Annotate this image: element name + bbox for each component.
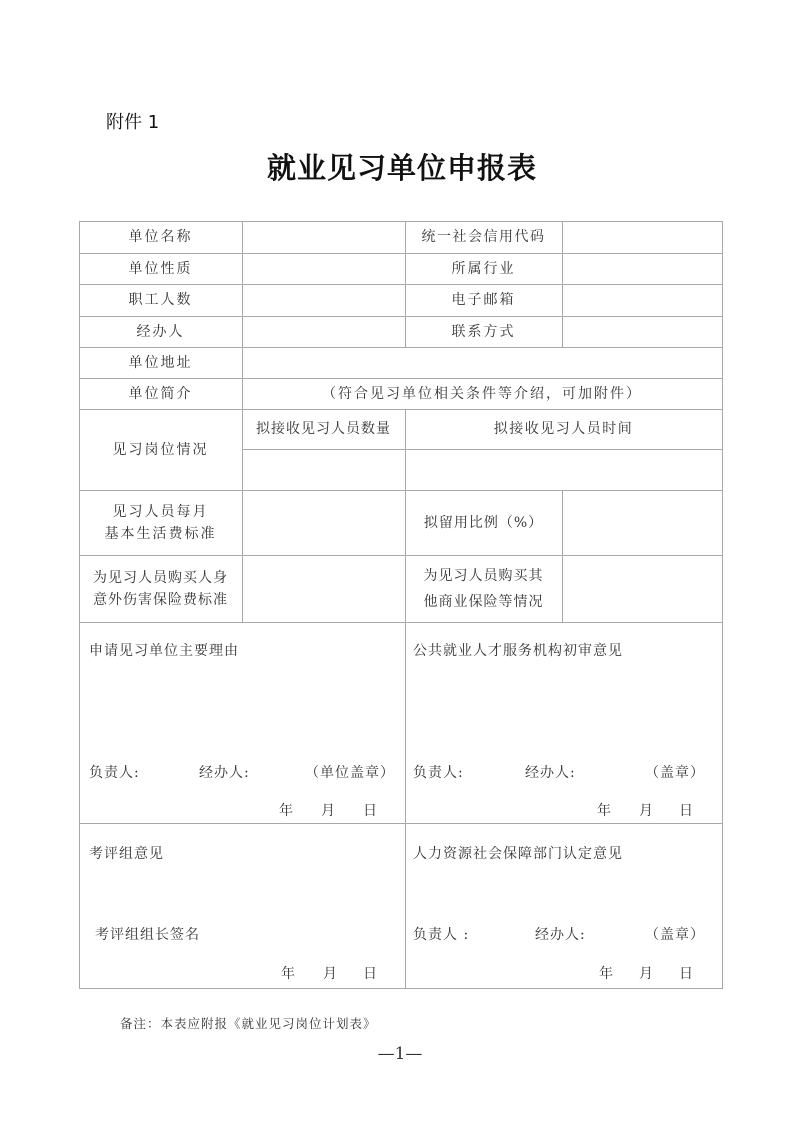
table-border-right: [722, 221, 723, 989]
unit-nature-field[interactable]: [242, 253, 405, 284]
industry-field[interactable]: [562, 253, 722, 284]
living-allowance-label: 见习人员每月 基本生活费标准: [79, 490, 242, 555]
living-allowance-field[interactable]: [242, 490, 405, 555]
planned-count-field[interactable]: [242, 449, 405, 490]
apply-reason-seal: （单位盖章）: [305, 762, 395, 782]
other-insurance-field[interactable]: [562, 555, 722, 622]
planned-count-label: 拟接收见习人员数量: [242, 409, 405, 449]
apply-reason-month: 月: [321, 800, 336, 820]
review-group-leader-sign: 考评组组长签名: [95, 924, 200, 944]
public-service-day: 日: [679, 800, 694, 820]
page-number: —1—: [0, 1044, 800, 1064]
intro-field[interactable]: （符合见习单位相关条件等介绍，可加附件）: [242, 378, 722, 409]
review-group-section[interactable]: 考评组意见 考评组组长签名 年 月 日: [79, 823, 405, 988]
hr-department-month: 月: [639, 963, 654, 983]
retention-ratio-field[interactable]: [562, 490, 722, 555]
review-group-label: 考评组意见: [89, 843, 164, 863]
hr-department-day: 日: [679, 963, 694, 983]
handler-field[interactable]: [242, 316, 405, 347]
public-service-label: 公共就业人才服务机构初审意见: [413, 640, 623, 660]
hr-department-section[interactable]: 人力资源社会保障部门认定意见 负责人 : 经办人: （盖章） 年 月 日: [405, 823, 722, 988]
accident-insurance-label-line2: 意外伤害保险费标准: [93, 589, 228, 611]
contact-field[interactable]: [562, 316, 722, 347]
hr-department-handler: 经办人:: [535, 924, 586, 944]
public-service-seal: （盖章）: [645, 762, 705, 782]
attachment-label: 附件 1: [106, 108, 159, 134]
planned-time-field[interactable]: [405, 449, 722, 490]
intro-label: 单位简介: [79, 378, 242, 409]
other-insurance-label: 为见习人员购买其 他商业保险等情况: [405, 555, 562, 622]
public-service-handler: 经办人:: [525, 762, 576, 782]
living-allowance-label-line1: 见习人员每月: [113, 501, 209, 523]
table-border-bottom: [79, 988, 723, 989]
apply-reason-year: 年: [279, 800, 294, 820]
apply-reason-day: 日: [363, 800, 378, 820]
public-service-section[interactable]: 公共就业人才服务机构初审意见 负责人: 经办人: （盖章） 年 月 日: [405, 622, 722, 823]
credit-code-label: 统一社会信用代码: [405, 221, 562, 253]
handler-label: 经办人: [79, 316, 242, 347]
email-field[interactable]: [562, 284, 722, 316]
public-service-responsible: 负责人:: [413, 762, 464, 782]
unit-name-label: 单位名称: [79, 221, 242, 253]
other-insurance-label-line2: 他商业保险等情况: [424, 589, 544, 615]
unit-nature-label: 单位性质: [79, 253, 242, 284]
hr-department-label: 人力资源社会保障部门认定意见: [413, 843, 623, 863]
accident-insurance-label-line1: 为见习人员购买人身: [93, 567, 228, 589]
review-group-year: 年: [281, 963, 296, 983]
apply-reason-handler: 经办人:: [199, 762, 250, 782]
hr-department-responsible: 负责人 :: [413, 924, 469, 944]
accident-insurance-field[interactable]: [242, 555, 405, 622]
living-allowance-label-line2: 基本生活费标准: [105, 523, 217, 545]
page-title: 就业见习单位申报表: [0, 146, 800, 187]
review-group-month: 月: [323, 963, 338, 983]
address-field[interactable]: [242, 347, 722, 378]
review-group-day: 日: [363, 963, 378, 983]
public-service-month: 月: [639, 800, 654, 820]
apply-reason-label: 申请见习单位主要理由: [89, 640, 239, 660]
footer-note: 备注：本表应附报《就业见习岗位计划表》: [120, 1014, 377, 1032]
industry-label: 所属行业: [405, 253, 562, 284]
title-text: 就业见习单位申报表: [267, 151, 537, 185]
hr-department-year: 年: [599, 963, 614, 983]
employee-count-label: 职工人数: [79, 284, 242, 316]
address-label: 单位地址: [79, 347, 242, 378]
hr-department-seal: （盖章）: [645, 924, 705, 944]
retention-ratio-label: 拟留用比例（%）: [405, 490, 562, 555]
accident-insurance-label: 为见习人员购买人身 意外伤害保险费标准: [79, 555, 242, 622]
credit-code-field[interactable]: [562, 221, 722, 253]
apply-reason-section[interactable]: 申请见习单位主要理由 负责人: 经办人: （单位盖章） 年 月 日: [79, 622, 405, 823]
unit-name-field[interactable]: [242, 221, 405, 253]
planned-time-label: 拟接收见习人员时间: [405, 409, 722, 449]
other-insurance-label-line1: 为见习人员购买其: [424, 563, 544, 589]
positions-label: 见习岗位情况: [79, 409, 242, 490]
contact-label: 联系方式: [405, 316, 562, 347]
public-service-year: 年: [597, 800, 612, 820]
apply-reason-responsible: 负责人:: [89, 762, 140, 782]
employee-count-field[interactable]: [242, 284, 405, 316]
email-label: 电子邮箱: [405, 284, 562, 316]
